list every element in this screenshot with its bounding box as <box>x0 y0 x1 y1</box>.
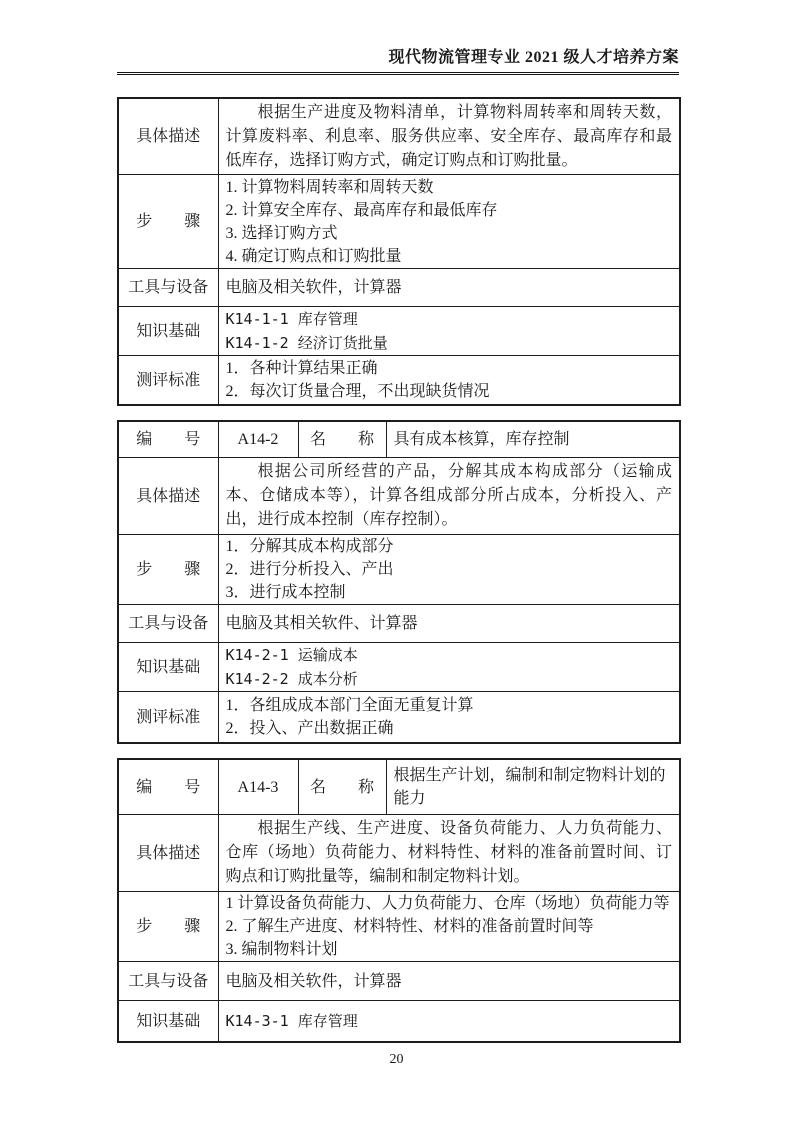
cell-criteria: 1．各组成成本部门全面无重复计算 2．投入、产出数据正确 <box>218 692 680 744</box>
table-row: 测评标准 1．各组成成本部门全面无重复计算 2．投入、产出数据正确 <box>118 692 680 744</box>
table-row: 步 骤 1．分解其成本构成部分 2．进行分析投入、产出 3．进行成本控制 <box>118 535 680 605</box>
skill-table-a14-3: 编 号 A14-3 名 称 根据生产计划，编制和制定物料计划的能力 具体描述 根… <box>117 758 681 1043</box>
cell-number-value: A14-3 <box>218 759 298 815</box>
table-row: 知识基础 K14-1-1 库存管理 K14-1-2 经济订货批量 <box>118 307 680 356</box>
step-line: 4. 确定订购点和订购批量 <box>226 245 673 268</box>
table-row: 工具与设备 电脑及相关软件，计算器 <box>118 962 680 1001</box>
table-row: 知识基础 K14-2-1 运输成本 K14-2-2 成本分析 <box>118 643 680 692</box>
step-line: 2．进行分析投入、产出 <box>226 558 673 581</box>
page-number: 20 <box>0 1052 793 1068</box>
page-header-title: 现代物流管理专业 2021 级人才培养方案 <box>117 44 679 75</box>
row-label-criteria: 测评标准 <box>118 692 218 744</box>
step-line: 1 计算设备负荷能力、人力负荷能力、仓库（场地）负荷能力等 <box>226 892 673 915</box>
knowledge-line: K14-3-1 库存管理 <box>226 1009 673 1033</box>
cell-description: 根据生产线、生产进度、设备负荷能力、人力负荷能力、仓库（场地）负荷能力、材料特性… <box>218 815 680 892</box>
cell-steps: 1. 计算物料周转率和周转天数 2. 计算安全库存、最高库存和最低库存 3. 选… <box>218 175 680 269</box>
row-label-name: 名 称 <box>298 759 386 815</box>
knowledge-line: K14-2-2 成本分析 <box>226 667 673 691</box>
row-label-criteria: 测评标准 <box>118 356 218 406</box>
table-row: 步 骤 1. 计算物料周转率和周转天数 2. 计算安全库存、最高库存和最低库存 … <box>118 175 680 269</box>
cell-knowledge: K14-3-1 库存管理 <box>218 1001 680 1043</box>
cell-description: 根据公司所经营的产品，分解其成本构成部分（运输成本、仓储成本等），计算各组成部分… <box>218 458 680 535</box>
row-label-steps: 步 骤 <box>118 175 218 269</box>
table-row: 编 号 A14-2 名 称 具有成本核算，库存控制 <box>118 421 680 458</box>
knowledge-line: K14-1-1 库存管理 <box>226 307 673 331</box>
criteria-line: 2．每次订货量合理，不出现缺货情况 <box>226 380 673 403</box>
row-label-tools: 工具与设备 <box>118 269 218 307</box>
table-row: 编 号 A14-3 名 称 根据生产计划，编制和制定物料计划的能力 <box>118 759 680 815</box>
table-row: 具体描述 根据公司所经营的产品，分解其成本构成部分（运输成本、仓储成本等），计算… <box>118 458 680 535</box>
cell-name-value: 根据生产计划，编制和制定物料计划的能力 <box>386 759 680 815</box>
cell-tools: 电脑及相关软件，计算器 <box>218 269 680 307</box>
cell-tools: 电脑及相关软件，计算器 <box>218 962 680 1001</box>
step-line: 1．分解其成本构成部分 <box>226 535 673 558</box>
cell-criteria: 1．各种计算结果正确 2．每次订货量合理，不出现缺货情况 <box>218 356 680 406</box>
cell-tools: 电脑及其相关软件、计算器 <box>218 605 680 643</box>
skill-table-a14-1: 具体描述 根据生产进度及物料清单，计算物料周转率和周转天数，计算废料率、利息率、… <box>117 97 681 406</box>
row-label-number: 编 号 <box>118 421 218 458</box>
cell-steps: 1．分解其成本构成部分 2．进行分析投入、产出 3．进行成本控制 <box>218 535 680 605</box>
description-text: 根据生产线、生产进度、设备负荷能力、人力负荷能力、仓库（场地）负荷能力、材料特性… <box>226 817 673 889</box>
row-label-knowledge: 知识基础 <box>118 1001 218 1043</box>
row-label-description: 具体描述 <box>118 98 218 175</box>
cell-name-value: 具有成本核算，库存控制 <box>386 421 680 458</box>
row-label-tools: 工具与设备 <box>118 605 218 643</box>
cell-steps: 1 计算设备负荷能力、人力负荷能力、仓库（场地）负荷能力等 2. 了解生产进度、… <box>218 892 680 962</box>
row-label-steps: 步 骤 <box>118 892 218 962</box>
table-row: 知识基础 K14-3-1 库存管理 <box>118 1001 680 1043</box>
row-label-description: 具体描述 <box>118 458 218 535</box>
document-page: 现代物流管理专业 2021 级人才培养方案 具体描述 根据生产进度及物料清单，计… <box>0 0 793 1122</box>
table-row: 工具与设备 电脑及其相关软件、计算器 <box>118 605 680 643</box>
table-row: 具体描述 根据生产进度及物料清单，计算物料周转率和周转天数，计算废料率、利息率、… <box>118 98 680 175</box>
cell-knowledge: K14-1-1 库存管理 K14-1-2 经济订货批量 <box>218 307 680 356</box>
table-row: 具体描述 根据生产线、生产进度、设备负荷能力、人力负荷能力、仓库（场地）负荷能力… <box>118 815 680 892</box>
description-text: 根据生产进度及物料清单，计算物料周转率和周转天数，计算废料率、利息率、服务供应率… <box>226 101 673 173</box>
criteria-line: 2．投入、产出数据正确 <box>226 717 673 740</box>
step-line: 2. 了解生产进度、材料特性、材料的准备前置时间等 <box>226 915 673 938</box>
step-line: 3．进行成本控制 <box>226 581 673 604</box>
row-label-description: 具体描述 <box>118 815 218 892</box>
table-row: 工具与设备 电脑及相关软件，计算器 <box>118 269 680 307</box>
row-label-knowledge: 知识基础 <box>118 643 218 692</box>
skill-table-a14-2: 编 号 A14-2 名 称 具有成本核算，库存控制 具体描述 根据公司所经营的产… <box>117 420 681 744</box>
step-line: 3. 编制物料计划 <box>226 938 673 961</box>
criteria-line: 1．各种计算结果正确 <box>226 357 673 380</box>
table-row: 测评标准 1．各种计算结果正确 2．每次订货量合理，不出现缺货情况 <box>118 356 680 406</box>
step-line: 1. 计算物料周转率和周转天数 <box>226 176 673 199</box>
cell-knowledge: K14-2-1 运输成本 K14-2-2 成本分析 <box>218 643 680 692</box>
row-label-name: 名 称 <box>298 421 386 458</box>
description-text: 根据公司所经营的产品，分解其成本构成部分（运输成本、仓储成本等），计算各组成部分… <box>226 460 673 532</box>
row-label-knowledge: 知识基础 <box>118 307 218 356</box>
criteria-line: 1．各组成成本部门全面无重复计算 <box>226 694 673 717</box>
row-label-tools: 工具与设备 <box>118 962 218 1001</box>
cell-description: 根据生产进度及物料清单，计算物料周转率和周转天数，计算废料率、利息率、服务供应率… <box>218 98 680 175</box>
table-row: 步 骤 1 计算设备负荷能力、人力负荷能力、仓库（场地）负荷能力等 2. 了解生… <box>118 892 680 962</box>
step-line: 3. 选择订购方式 <box>226 222 673 245</box>
knowledge-line: K14-2-1 运输成本 <box>226 643 673 667</box>
cell-number-value: A14-2 <box>218 421 298 458</box>
row-label-number: 编 号 <box>118 759 218 815</box>
knowledge-line: K14-1-2 经济订货批量 <box>226 331 673 355</box>
step-line: 2. 计算安全库存、最高库存和最低库存 <box>226 199 673 222</box>
row-label-steps: 步 骤 <box>118 535 218 605</box>
